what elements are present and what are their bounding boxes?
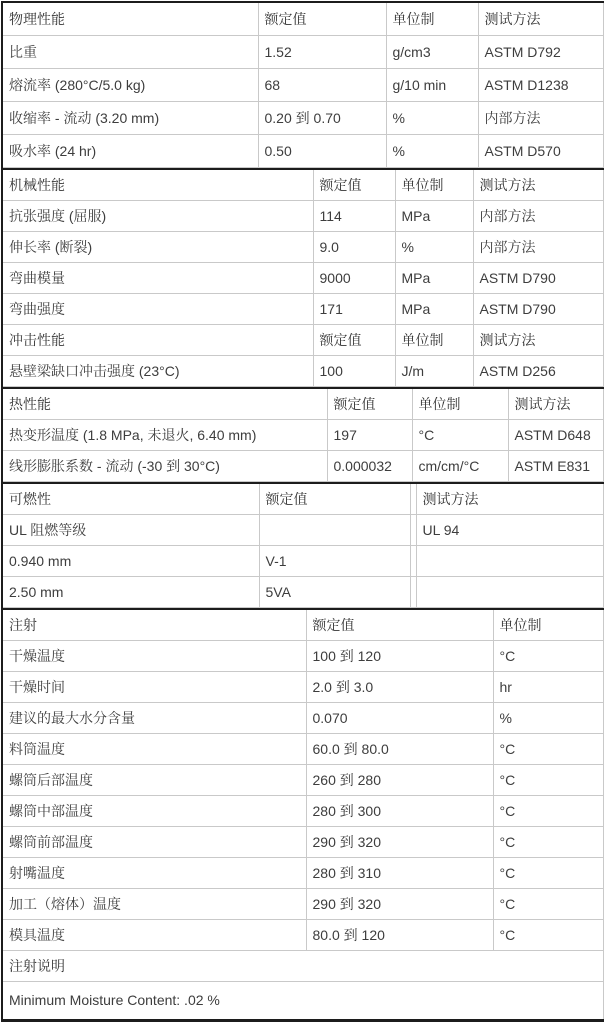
flammability-section-title: 可燃性 [2, 483, 259, 515]
method-cell: ASTM D792 [478, 36, 603, 69]
method-cell: 内部方法 [473, 201, 603, 232]
property-cell: 干燥温度 [2, 641, 306, 672]
property-cell: 弯曲模量 [2, 263, 313, 294]
property-cell: 悬壁梁缺口冲击强度 (23°C) [2, 356, 313, 387]
unit-cell: MPa [395, 263, 473, 294]
property-cell: 0.940 mm [2, 546, 259, 577]
table-row: 吸水率 (24 hr)0.50%ASTM D570 [2, 135, 603, 168]
mechanical-section-title: 机械性能 [2, 169, 313, 201]
datasheet: 物理性能额定值单位制测试方法比重1.52g/cm3ASTM D792熔流率 (2… [1, 1, 602, 1022]
injection-table: 注射额定值单位制干燥温度100 到 120°C干燥时间2.0 到 3.0hr建议… [1, 608, 604, 1022]
unit-cell: °C [493, 889, 603, 920]
value-cell: 60.0 到 80.0 [306, 734, 493, 765]
method-cell [416, 546, 603, 577]
unit-cell: g/10 min [386, 69, 478, 102]
value-cell: 9000 [313, 263, 395, 294]
note-text: Minimum Moisture Content: .02 % [2, 982, 603, 1021]
property-cell: 螺筒前部温度 [2, 827, 306, 858]
column-header: 额定值 [258, 2, 386, 36]
value-cell: 280 到 300 [306, 796, 493, 827]
value-cell: 80.0 到 120 [306, 920, 493, 951]
property-cell: 料筒温度 [2, 734, 306, 765]
value-cell: 100 [313, 356, 395, 387]
flammability-table: 可燃性额定值测试方法UL 阻燃等级UL 940.940 mmV-12.50 mm… [1, 482, 604, 608]
table-row: 弯曲强度171MPaASTM D790 [2, 294, 603, 325]
property-cell: 螺筒后部温度 [2, 765, 306, 796]
value-cell: 9.0 [313, 232, 395, 263]
column-header: 单位制 [395, 169, 473, 201]
table-row: 收缩率 - 流动 (3.20 mm)0.20 到 0.70%内部方法 [2, 102, 603, 135]
physical-section-title: 物理性能 [2, 2, 258, 36]
column-header: 额定值 [259, 483, 410, 515]
property-cell: 比重 [2, 36, 258, 69]
unit-cell: °C [493, 765, 603, 796]
property-cell: 加工（熔体）温度 [2, 889, 306, 920]
value-cell: 0.070 [306, 703, 493, 734]
table-row: 0.940 mmV-1 [2, 546, 603, 577]
method-cell: ASTM D648 [508, 420, 603, 451]
property-cell: 热变形温度 (1.8 MPa, 未退火, 6.40 mm) [2, 420, 327, 451]
table-row: 料筒温度60.0 到 80.0°C [2, 734, 603, 765]
table-row: 加工（熔体）温度290 到 320°C [2, 889, 603, 920]
method-cell: 内部方法 [478, 102, 603, 135]
value-cell: 2.0 到 3.0 [306, 672, 493, 703]
value-cell: V-1 [259, 546, 410, 577]
value-cell: 5VA [259, 577, 410, 608]
property-cell: 射嘴温度 [2, 858, 306, 889]
column-header: 额定值 [313, 325, 395, 356]
table-row: 伸长率 (断裂)9.0%内部方法 [2, 232, 603, 263]
note-row: Minimum Moisture Content: .02 % [2, 982, 603, 1021]
column-header: 额定值 [313, 169, 395, 201]
value-cell: 68 [258, 69, 386, 102]
unit-cell: °C [493, 858, 603, 889]
table-row: 比重1.52g/cm3ASTM D792 [2, 36, 603, 69]
property-cell: 线形膨胀系数 - 流动 (-30 到 30°C) [2, 451, 327, 482]
column-header: 测试方法 [416, 483, 603, 515]
unit-cell: °C [493, 796, 603, 827]
table-row: 干燥温度100 到 120°C [2, 641, 603, 672]
unit-cell: g/cm3 [386, 36, 478, 69]
property-cell: 螺筒中部温度 [2, 796, 306, 827]
table-row: 建议的最大水分含量0.070% [2, 703, 603, 734]
value-cell: 280 到 310 [306, 858, 493, 889]
column-header: 单位制 [493, 609, 603, 641]
value-cell: 290 到 320 [306, 889, 493, 920]
unit-cell: % [386, 135, 478, 168]
value-cell: 114 [313, 201, 395, 232]
physical-header-row: 物理性能额定值单位制测试方法 [2, 2, 603, 36]
table-row: 悬壁梁缺口冲击强度 (23°C)100J/mASTM D256 [2, 356, 603, 387]
notes-header-row: 注射说明 [2, 951, 603, 982]
table-row: 螺筒前部温度290 到 320°C [2, 827, 603, 858]
value-cell: 290 到 320 [306, 827, 493, 858]
injection-section-title: 注射 [2, 609, 306, 641]
column-header: 测试方法 [478, 2, 603, 36]
column-header: 额定值 [327, 388, 412, 420]
unit-cell: % [395, 232, 473, 263]
thermal-section-title: 热性能 [2, 388, 327, 420]
unit-cell: % [386, 102, 478, 135]
method-cell: 内部方法 [473, 232, 603, 263]
table-row: 射嘴温度280 到 310°C [2, 858, 603, 889]
impact-section-title: 冲击性能 [2, 325, 313, 356]
column-header: 测试方法 [473, 325, 603, 356]
property-cell: 模具温度 [2, 920, 306, 951]
unit-cell: °C [493, 827, 603, 858]
value-cell: 1.52 [258, 36, 386, 69]
value-cell: 0.000032 [327, 451, 412, 482]
method-cell: UL 94 [416, 515, 603, 546]
method-cell: ASTM D790 [473, 294, 603, 325]
table-row: 干燥时间2.0 到 3.0hr [2, 672, 603, 703]
unit-cell: MPa [395, 201, 473, 232]
property-cell: 弯曲强度 [2, 294, 313, 325]
column-header: 测试方法 [508, 388, 603, 420]
value-cell: 100 到 120 [306, 641, 493, 672]
injection-header-row: 注射额定值单位制 [2, 609, 603, 641]
table-row: 螺筒中部温度280 到 300°C [2, 796, 603, 827]
unit-cell: °C [493, 920, 603, 951]
table-row: 弯曲模量9000MPaASTM D790 [2, 263, 603, 294]
table-row: 螺筒后部温度260 到 280°C [2, 765, 603, 796]
value-cell: 0.20 到 0.70 [258, 102, 386, 135]
table-row: 抗张强度 (屈服)114MPa内部方法 [2, 201, 603, 232]
property-cell: UL 阻燃等级 [2, 515, 259, 546]
property-cell: 收缩率 - 流动 (3.20 mm) [2, 102, 258, 135]
property-cell: 熔流率 (280°C/5.0 kg) [2, 69, 258, 102]
method-cell: ASTM D790 [473, 263, 603, 294]
column-header: 额定值 [306, 609, 493, 641]
method-cell: ASTM D256 [473, 356, 603, 387]
flammability-header-row: 可燃性额定值测试方法 [2, 483, 603, 515]
notes-section-title: 注射说明 [2, 951, 603, 982]
impact-header-row: 冲击性能额定值单位制测试方法 [2, 325, 603, 356]
column-header: 单位制 [386, 2, 478, 36]
mechanical-header-row: 机械性能额定值单位制测试方法 [2, 169, 603, 201]
value-cell: 171 [313, 294, 395, 325]
table-row: 模具温度80.0 到 120°C [2, 920, 603, 951]
method-cell: ASTM E831 [508, 451, 603, 482]
unit-cell: cm/cm/°C [412, 451, 508, 482]
property-cell: 建议的最大水分含量 [2, 703, 306, 734]
thermal-properties-table: 热性能额定值单位制测试方法热变形温度 (1.8 MPa, 未退火, 6.40 m… [1, 387, 604, 482]
unit-cell: J/m [395, 356, 473, 387]
method-cell: ASTM D570 [478, 135, 603, 168]
physical-properties-table: 物理性能额定值单位制测试方法比重1.52g/cm3ASTM D792熔流率 (2… [1, 1, 604, 168]
column-header: 测试方法 [473, 169, 603, 201]
unit-cell: MPa [395, 294, 473, 325]
unit-cell: °C [493, 734, 603, 765]
value-cell: 0.50 [258, 135, 386, 168]
property-cell: 干燥时间 [2, 672, 306, 703]
unit-cell: °C [412, 420, 508, 451]
thermal-header-row: 热性能额定值单位制测试方法 [2, 388, 603, 420]
value-cell: 260 到 280 [306, 765, 493, 796]
method-cell: ASTM D1238 [478, 69, 603, 102]
mechanical-impact-properties-table: 机械性能额定值单位制测试方法抗张强度 (屈服)114MPa内部方法伸长率 (断裂… [1, 168, 604, 387]
column-header: 单位制 [412, 388, 508, 420]
table-row: UL 阻燃等级UL 94 [2, 515, 603, 546]
value-cell: 197 [327, 420, 412, 451]
unit-cell: °C [493, 641, 603, 672]
table-row: 2.50 mm5VA [2, 577, 603, 608]
column-header: 单位制 [395, 325, 473, 356]
value-cell [259, 515, 410, 546]
property-cell: 吸水率 (24 hr) [2, 135, 258, 168]
unit-cell: % [493, 703, 603, 734]
property-cell: 2.50 mm [2, 577, 259, 608]
method-cell [416, 577, 603, 608]
table-row: 熔流率 (280°C/5.0 kg)68g/10 minASTM D1238 [2, 69, 603, 102]
property-cell: 伸长率 (断裂) [2, 232, 313, 263]
unit-cell: hr [493, 672, 603, 703]
property-cell: 抗张强度 (屈服) [2, 201, 313, 232]
table-row: 线形膨胀系数 - 流动 (-30 到 30°C)0.000032cm/cm/°C… [2, 451, 603, 482]
table-row: 热变形温度 (1.8 MPa, 未退火, 6.40 mm)197°CASTM D… [2, 420, 603, 451]
